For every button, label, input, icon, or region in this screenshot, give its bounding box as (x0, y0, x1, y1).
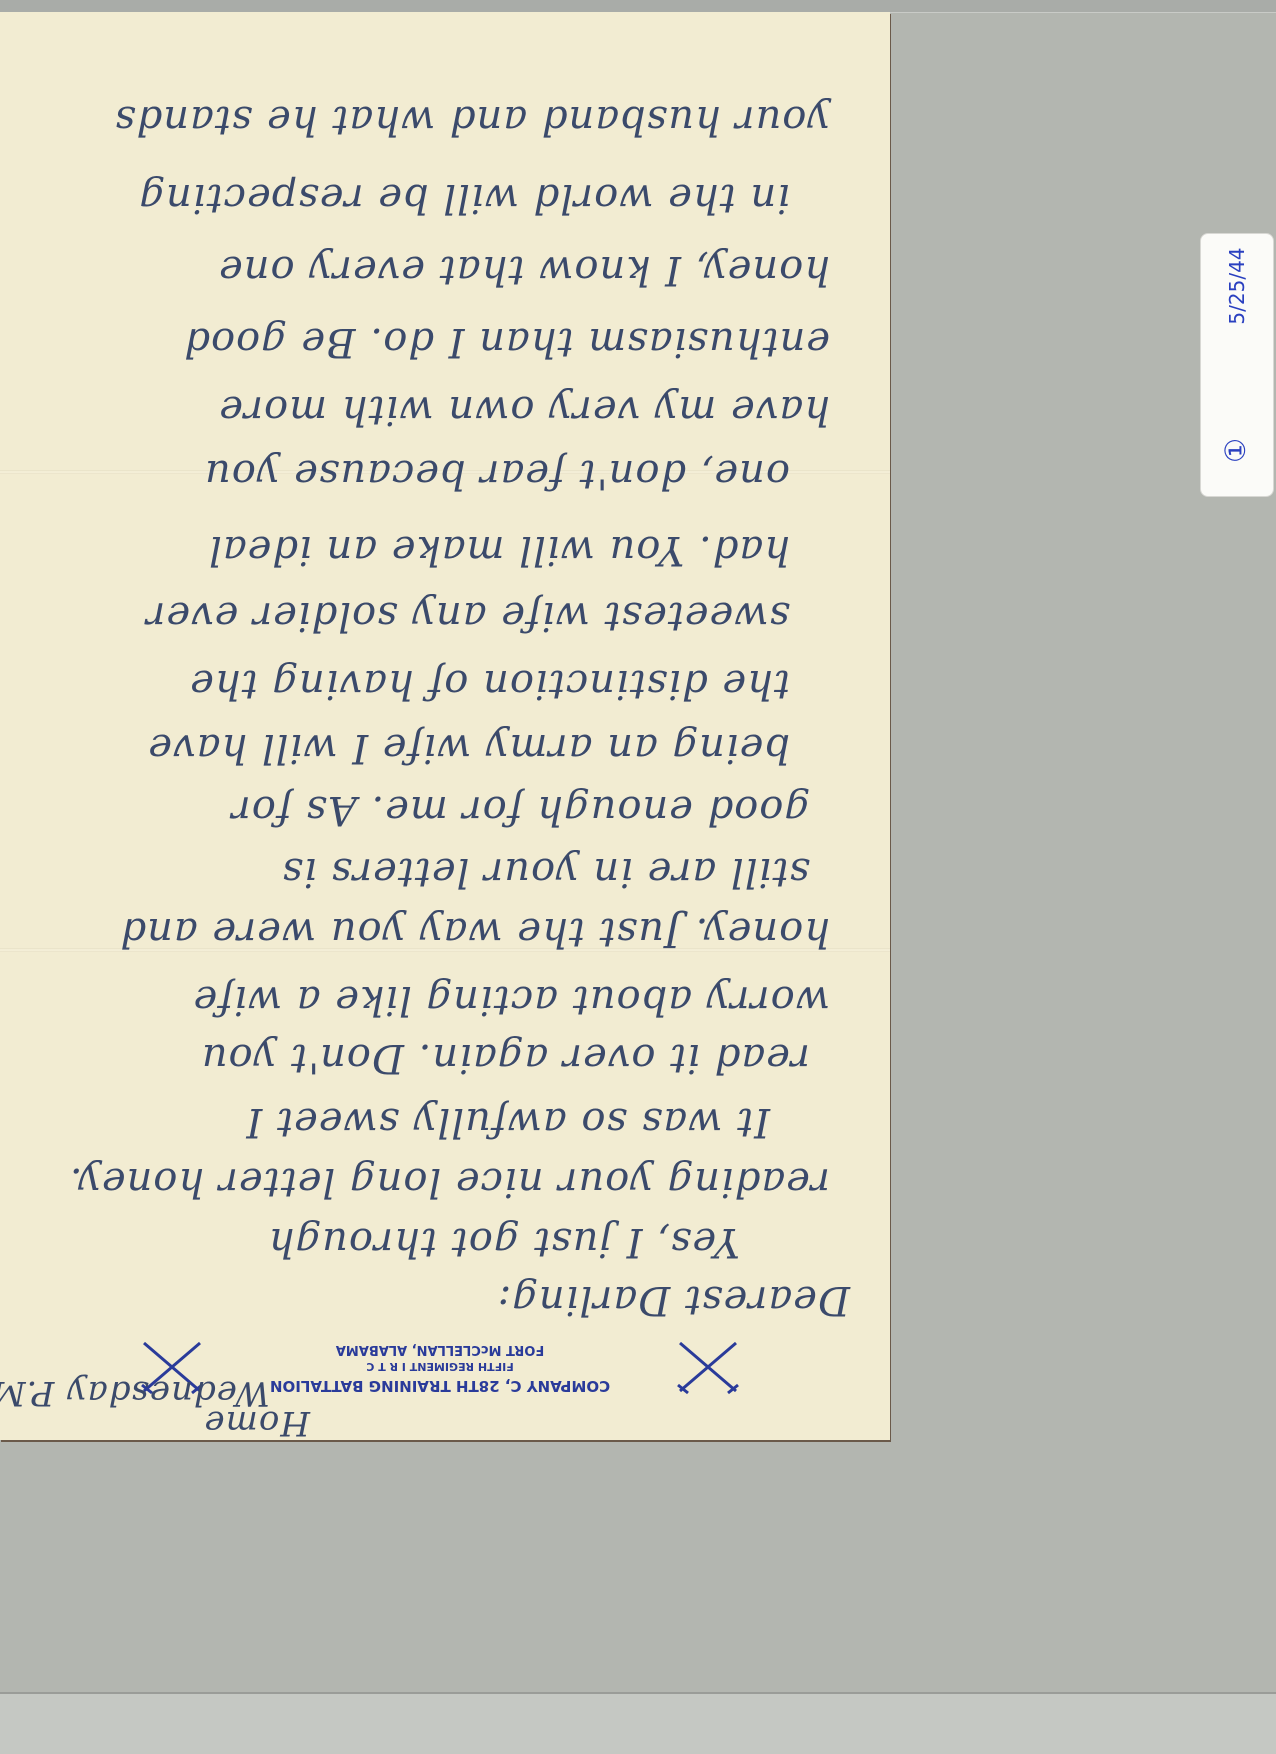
letter-line: had. You will make an ideal (10, 530, 790, 570)
letter-line: still are in your letters is (30, 852, 810, 892)
page-number: ① (1219, 438, 1252, 463)
letterhead-line-3: FORT McCLELLAN, ALABAMA (230, 1342, 650, 1357)
letter-line: being an army wife I will have (10, 728, 790, 768)
letter-page: COMPANY C, 28TH TRAINING BATTALION FIFTH… (0, 12, 890, 1440)
letter-line: in the world will be respecting (10, 178, 790, 218)
letter-line: the distinction of having the (10, 664, 790, 704)
archive-date: 5/25/44 (1225, 244, 1249, 328)
heading-day: Wednesday P.M. (0, 1376, 270, 1410)
letter-line: sweetest wife any soldier ever (10, 596, 790, 636)
letter-line: worry about acting like a wife (50, 980, 830, 1020)
archive-tag: 5/25/44 ① (1200, 233, 1274, 497)
letter-line: Yes, I just got through (0, 1222, 740, 1262)
scanner-sleeve-bottom (0, 1692, 1276, 1754)
letter-line: have my very own with more (50, 390, 830, 430)
rotated-content: COMPANY C, 28TH TRAINING BATTALION FIFTH… (0, 12, 890, 1440)
letterhead-line-1: COMPANY C, 28TH TRAINING BATTALION (230, 1377, 650, 1395)
crossed-rifles-icon (676, 1339, 740, 1395)
letter-line: read it over again. Don't you (30, 1038, 810, 1078)
letter-line: enthusiasm than I do. Be good (50, 322, 830, 362)
letter-line: good enough for me. As for (30, 790, 810, 830)
letter-line: It was so awfully sweet I (0, 1102, 770, 1142)
letter-line: honey. Just the way you were and (50, 912, 830, 952)
letter-line: reading your nice long letter honey. (50, 1162, 830, 1202)
letter-line: your husband and what he stands (50, 100, 830, 140)
letterhead-line-2: FIFTH REGIMENT I R T C (230, 1360, 650, 1373)
salutation: Dearest Darling: (70, 1280, 850, 1320)
letter-line: one, don't fear because you (10, 454, 790, 494)
letter-line: honey, I know that every one (50, 250, 830, 290)
